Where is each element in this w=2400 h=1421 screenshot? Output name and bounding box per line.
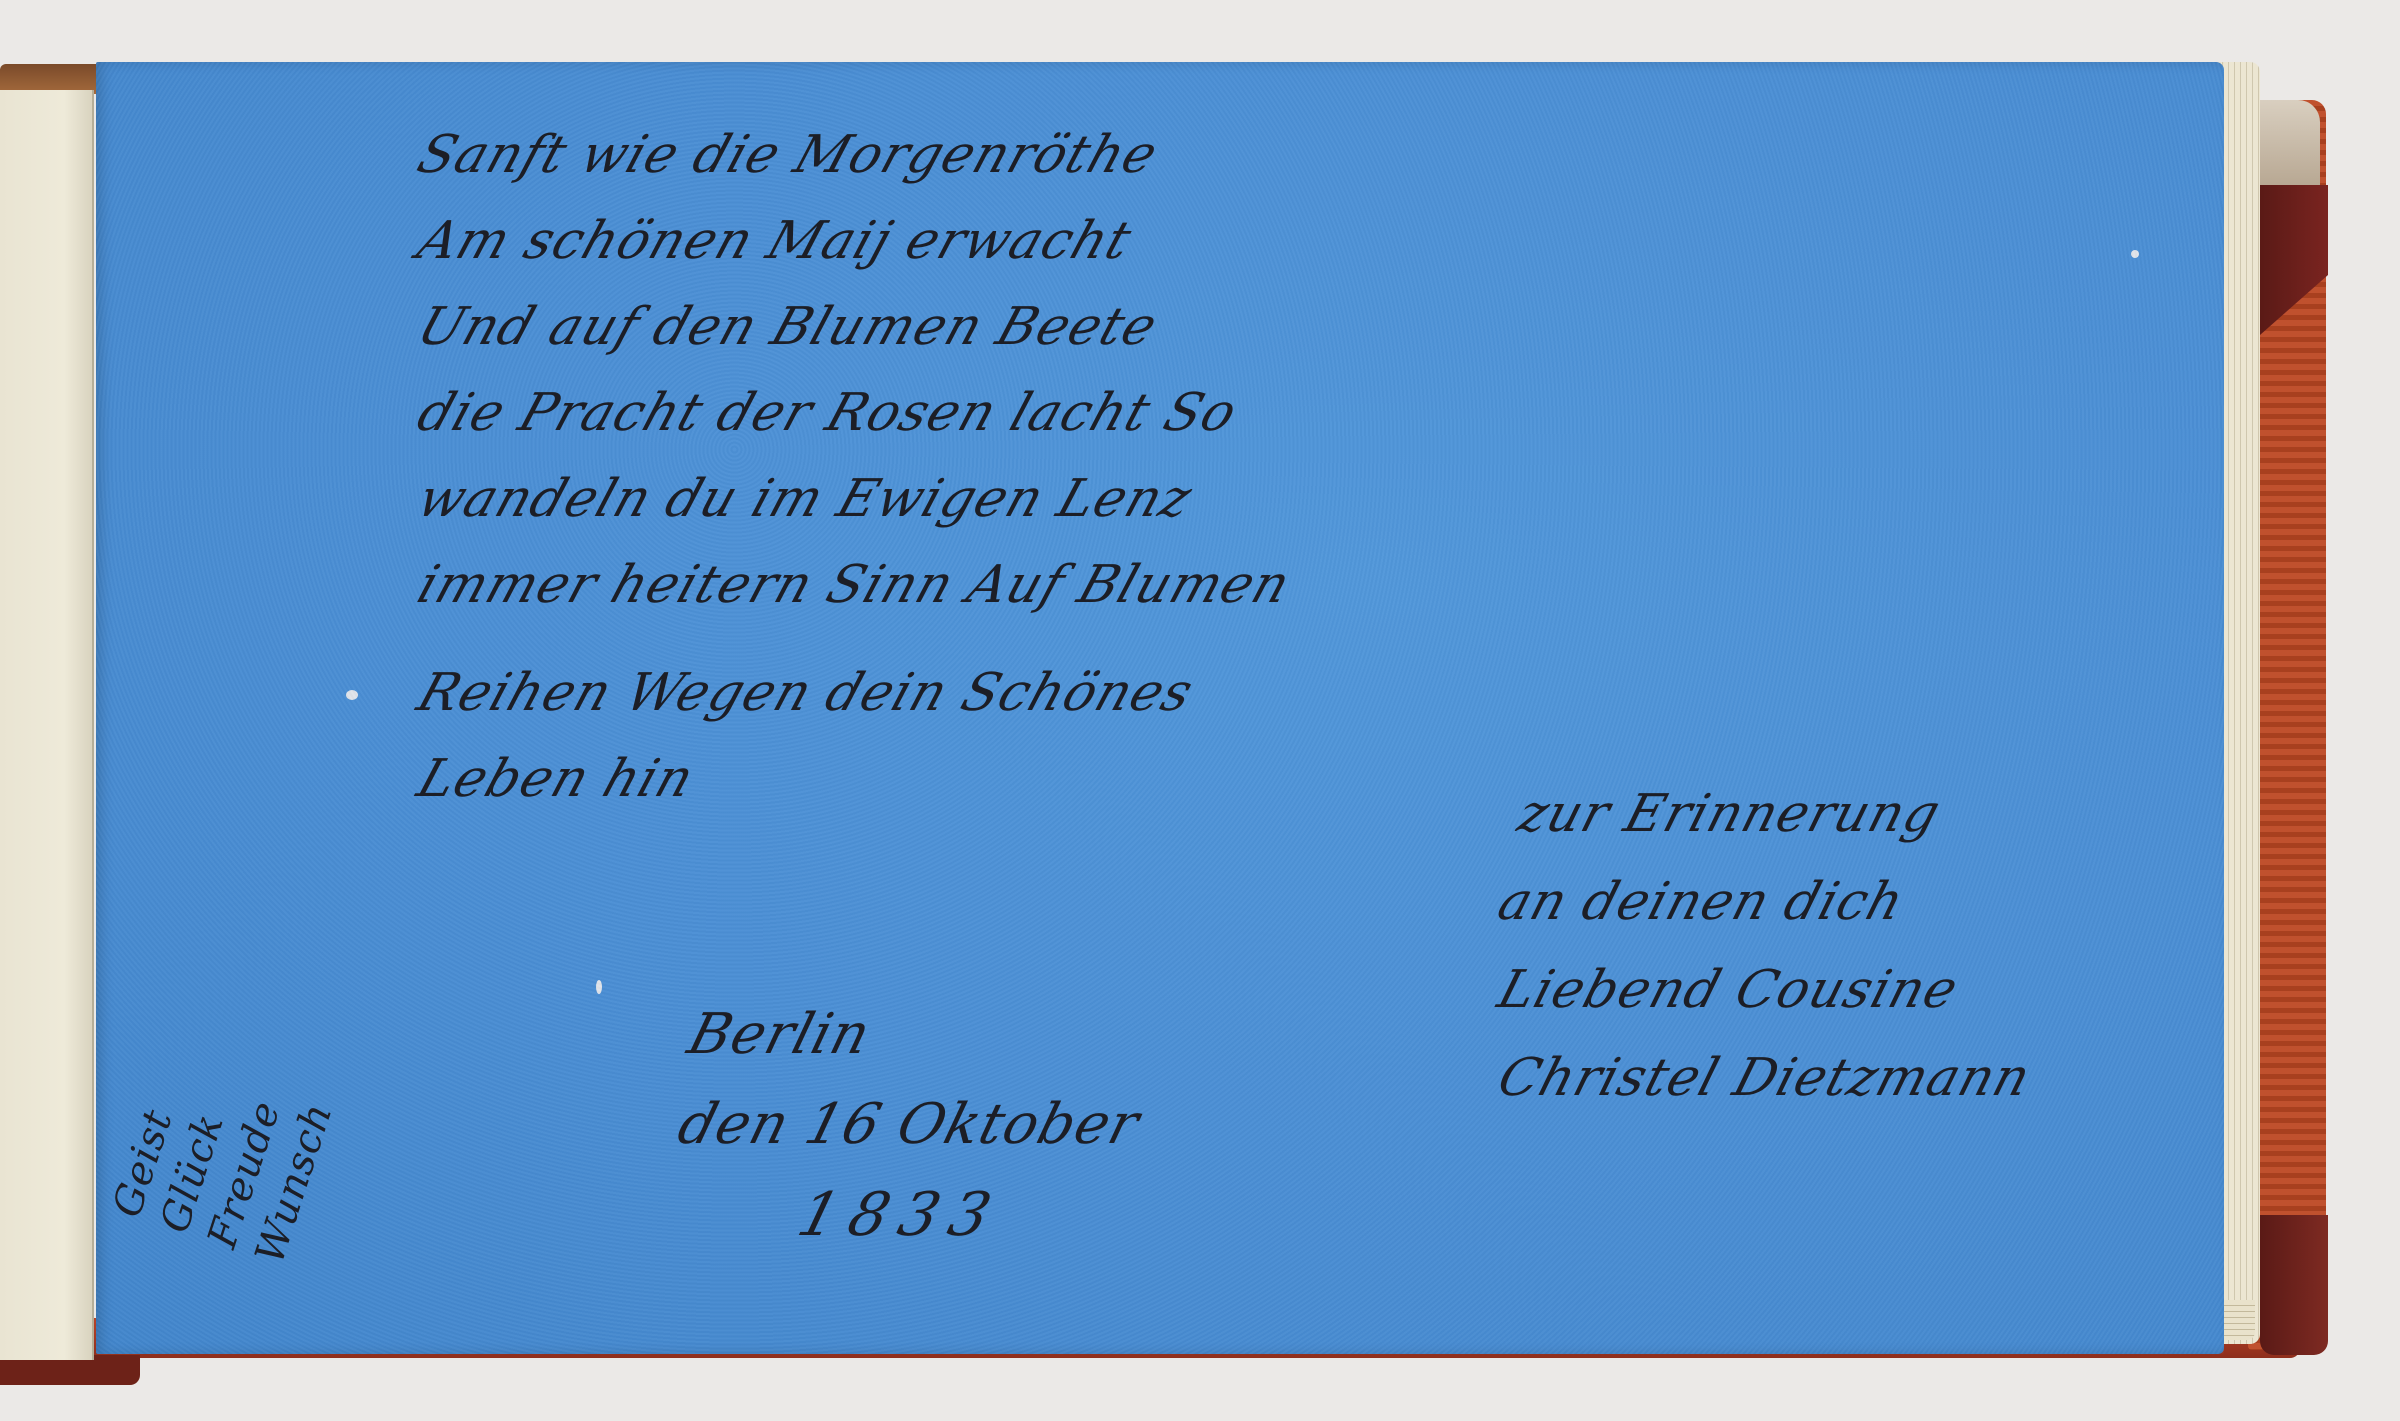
dedication-line: Christel Dietzmann (1487, 1034, 2041, 1122)
poem-line: Und auf den Blumen Beete (406, 284, 1302, 370)
dedication-line: zur Erinnerung (1487, 770, 2041, 858)
poem-line: Leben hin (406, 736, 1302, 822)
dedication-block: zur Erinnerung an deinen dich Liebend Co… (1500, 770, 2029, 1122)
poem-line: immer heitern Sinn Auf Blumen (406, 542, 1302, 628)
album-photo: Sanft wie die Morgenröthe Am schönen Mai… (0, 0, 2400, 1421)
spine-corner-bottom (2260, 1215, 2328, 1355)
dedication-line: an deinen dich (1487, 858, 2041, 946)
poem-line: Am schönen Maij erwacht (406, 198, 1302, 284)
date-place-block: Berlin den 16 Oktober 1833 (680, 990, 1138, 1260)
left-page (0, 90, 94, 1360)
poem-line: Reihen Wegen dein Schönes (406, 650, 1302, 736)
paper-speck (346, 690, 358, 700)
poem-line: Sanft wie die Morgenröthe (406, 112, 1302, 198)
paper-speck (596, 980, 602, 994)
poem-text: Sanft wie die Morgenröthe Am schönen Mai… (420, 112, 1288, 822)
year-text: 1833 (668, 1170, 1150, 1260)
poem-line: wandeln du im Ewigen Lenz (406, 456, 1302, 542)
dedication-line: Liebend Cousine (1487, 946, 2041, 1034)
poem-line: die Pracht der Rosen lacht So (406, 370, 1302, 456)
paper-speck (2131, 250, 2139, 258)
place-text: Berlin (668, 990, 1150, 1080)
day-month-text: den 16 Oktober (668, 1080, 1150, 1170)
